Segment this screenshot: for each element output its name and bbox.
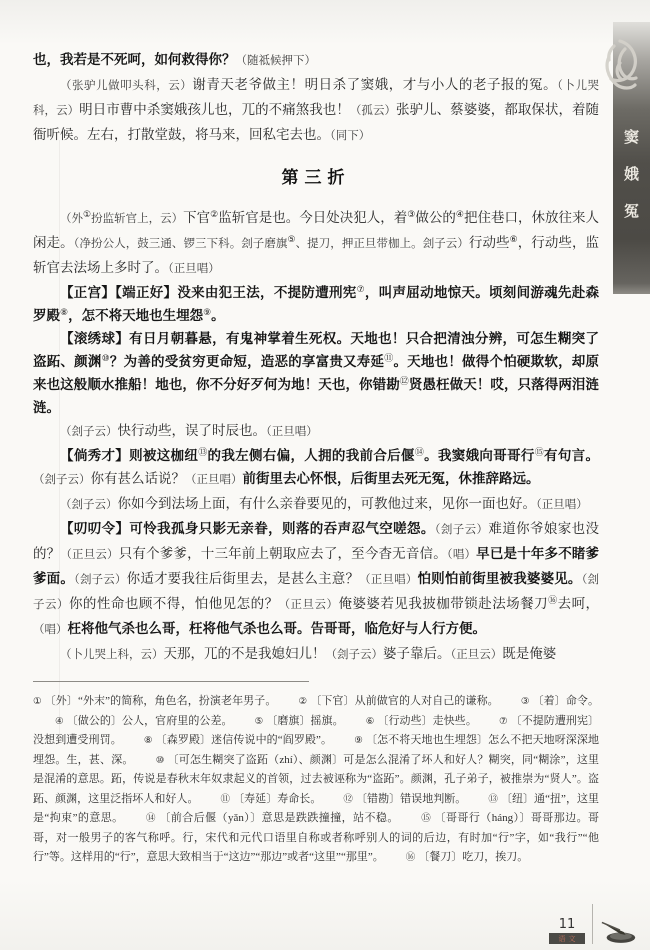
text-segment: 去呵， [558,596,599,611]
paragraph-aria-tangxiucai: 【倘秀才】则被这枷纽⑬的我左侧右偏，人拥的我前合后偃⑭。我窦娥向哥哥行⑮有句言。… [33,444,599,492]
text-segment: （刽子云） [60,499,118,511]
footnote-ref-number: ⑩ [102,354,110,364]
footnote-number: ⑦ [499,716,511,727]
footnote-text: 〔磨旗〕摇旗。 [266,715,343,727]
footnote-ref-number: ⑭ [415,448,424,458]
footnote-number: ⑩ [156,755,168,766]
text-segment: 明日市曹中杀窦娥孩儿也，兀的不痛煞我也！ [79,102,350,117]
margin-book-title: 窦 娥 冤 [613,130,650,220]
margin-title-char: 窦 [624,130,639,146]
text-segment: 有句言。 [544,448,599,463]
footnote-text: 〔森罗殿〕迷信传说中的“阎罗殿”。 [156,734,332,746]
footnote-text: 〔行动些〕走快些。 [377,715,477,727]
footnote-text: 〔餐刀〕吃刀，挨刀。 [418,851,528,863]
footnote-ref-number: ⑨ [203,308,211,318]
footnote-number: ⑭ [146,813,160,824]
text-segment: 监斩官是也。今日处决犯人，着 [218,210,407,225]
book-page: { "page": { "heading": "第三折" }, "margin"… [0,0,650,950]
footnote-ref-number: ① [83,210,91,220]
text-segment: 。我窦娥向哥哥行 [424,448,535,463]
text-segment: （净扮公人，鼓三通、锣三下科。刽子磨旗 [74,238,288,250]
text-segment: 俺婆婆若见我披枷带锁赴法场餐刀 [338,596,548,611]
page-number: 11 [559,918,576,932]
footnote-ref-number: ⑧ [60,308,68,318]
brush-inkstone-icon [600,919,638,944]
footnote-text: 〔做公的〕公人，官府里的公差。 [67,715,233,727]
text-segment: （同下） [330,130,370,142]
text-segment: 。 [211,308,225,323]
footnote-ref-number: ⑤ [287,235,295,245]
paragraph-jianzhan-official: （外①扮监斩官上，云）下官②监斩官是也。今日处决犯人，着③做公的④把住巷口，休放… [33,206,599,281]
text-segment: 【叨叨令】可怜我孤身只影无亲眷，则落的吞声忍气空嗟怨。 [60,521,435,536]
footnote-text: 〔前合后偃（yǎn）〕意思是跌跌撞撞，站不稳。 [159,812,398,824]
text-segment: 只有个爹爹，十三年前上朝取应去了，至今杳无音信。 [119,546,447,561]
paragraph-buer-enters: （卜儿哭上科，云）天那，兀的不是我媳妇儿！（刽子云）婆子靠后。（正旦云）既是俺婆 [33,642,599,667]
phoenix-emblem-icon [594,34,646,108]
text-segment: 【正宫】【端正好】没来由犯王法，不提防遭刑宪 [60,285,357,300]
footnote-number: ⑮ [421,813,435,824]
text-segment: 【倘秀才】则被这枷纽 [60,448,198,463]
text-segment: 快行动些，误了时辰也。 [118,423,267,438]
text-segment: 婆子靠后。 [383,646,451,661]
text-segment: （正旦唱） [185,474,243,486]
footnote-ref-number: ⑦ [357,285,365,295]
footnote-number: ⑪ [220,794,233,805]
text-segment: （孤云） [350,105,396,117]
text-segment: （随祗候押下） [236,55,317,67]
footnote-separator [33,681,309,682]
footnote-number: ⑯ [406,852,419,863]
page-footer: 11 语文 [549,904,638,944]
text-segment: ？为善的受贫穷更命短，造恶的享富贵又寿延 [110,354,384,369]
text-segment: （刽子云） [326,649,384,661]
margin-title-char: 冤 [624,204,639,220]
paragraph-executioner: （刽子云）快行动些，误了时辰也。（正旦唱） [33,419,599,444]
text-segment: 扮监斩官上，云） [91,213,183,225]
footnote-ref-number: ⑥ [510,235,518,245]
footnote-ref-number: ⑫ [400,377,409,387]
margin-title-char: 娥 [624,167,639,183]
text-segment: 行动些 [469,235,510,250]
text-segment: （正旦唱） [266,426,318,438]
text-segment: 你有甚么话说？ [91,471,186,486]
footnote-number: ④ [55,716,67,727]
footnotes-block: ① 〔外〕“外末”的简称，角色名，扮演老年男子。② 〔下官〕从前做官的人对自己的… [33,692,599,868]
footnote-text: 〔错勘〕错误地判断。 [356,793,466,805]
text-segment: 你如今到法场上面，有什么亲眷要见的，可教他过来，见你一面也好。 [118,496,537,511]
footnote-ref-number: ⑯ [548,596,557,606]
text-segment: 怕则怕前街里被我婆婆见。 [418,571,582,586]
text-segment: 既是俺婆 [502,646,556,661]
text-segment: 枉将他气杀也么哥，枉将他气杀也么哥。告哥哥，临危好与人行方便。 [68,621,487,636]
page-number-block: 11 语文 [549,918,585,944]
act-heading: 第三折 [33,166,599,190]
text-segment: ，怎不将天地也生埋怨 [68,308,203,323]
text-segment: 你适才要我往后街里去，是甚么主意？ [127,571,359,586]
text-segment: （唱） [447,549,476,561]
paragraph-aria-duanzhenghao: 【正宫】【端正好】没来由犯王法，不提防遭刑宪⑦，叫声屈动地惊天。顷刻间游魂先赴森… [33,281,599,327]
footnote-ref-number: ④ [456,210,464,220]
footnote-number: ⑫ [343,794,356,805]
text-segment: 你的性命也顾不得，怕他见怎的？ [69,596,279,611]
paragraph-aria-gunxiuqiu: 【滚绣球】有日月朝暮悬，有鬼神掌着生死权。天地也！只合把清浊分辨，可怎生糊突了盗… [33,327,599,419]
text-segment: （正旦唱） [168,263,220,275]
text-segment: （正旦云） [60,549,118,561]
paragraph-executioner-question: （刽子云）你如今到法场上面，有什么亲眷要见的，可教他过来，见你一面也好。（正旦唱… [33,492,599,517]
text-segment: （正旦唱） [536,499,588,511]
footnote-number: ⑬ [488,794,501,805]
text-segment: （正旦云） [279,599,339,611]
text-segment: （正旦唱） [359,574,417,586]
text-segment: （唱） [33,624,68,636]
footnote-number: ① [33,696,45,707]
text-segment: （张驴儿做叩头科，云） [60,80,192,92]
text-segment: 天那，兀的不是我媳妇儿！ [164,646,326,661]
footnote-text: 〔着〕命令。 [533,695,599,707]
text-segment: （正旦云） [451,649,503,661]
footnote-number: ② [298,696,310,707]
footnote-number: ⑧ [144,735,156,746]
paragraph-aria-daodaoling: 【叨叨令】可怜我孤身只影无亲眷，则落的吞声忍气空嗟怨。（刽子云）难道你爷娘家也没… [33,517,599,642]
text-segment: 前街里去心怀恨，后街里去死无冤，休推辞路远。 [243,471,540,486]
footnote-ref-number: ⑬ [198,448,207,458]
footnote-text: 〔下官〕从前做官的人对自己的谦称。 [310,695,499,707]
footnote-text: 〔外〕“外末”的简称，角色名，扮演老年男子。 [45,695,277,707]
text-segment: 、提刀，押正旦带枷上。刽子云） [296,238,469,250]
footnote-ref-number: ⑮ [535,448,544,458]
footnote-text: 〔寿延〕寿命长。 [233,793,321,805]
footnote-number: ③ [521,696,533,707]
paragraph-zhanglver: （张驴儿做叩头科，云）谢青天老爷做主！明日杀了窦娥，才与小人的老子报的冤。（卜儿… [33,73,599,148]
paragraph-carryover: 也，我若是不死呵，如何救得你？（随祗候押下） [33,48,599,73]
text-segment: （刽子云） [33,474,91,486]
text-segment: 做公的 [415,210,456,225]
text-segment: （外 [60,213,83,225]
text-segment: 的我左侧右偏，人拥的我前合后偃 [208,448,415,463]
text-segment: （刽子云） [60,426,118,438]
text-segment: 也，我若是不死呵，如何救得你？ [33,52,236,67]
text-segment: （刽子云） [74,574,127,586]
text-segment: （刽子云） [435,524,489,536]
footnote-number: ⑤ [255,716,267,727]
subject-label: 语文 [549,933,585,944]
footer-divider [592,904,593,944]
text-segment: 下官 [183,210,210,225]
footnote-number: ⑨ [354,735,366,746]
page-content: 也，我若是不死呵，如何救得你？（随祗候押下） （张驴儿做叩头科，云）谢青天老爷做… [33,48,599,868]
text-segment: （卜儿哭上科，云） [60,649,164,661]
footnote-number: ⑥ [366,716,378,727]
text-segment: 谢青天老爷做主！明日杀了窦娥，才与小人的老子报的冤。 [192,77,557,92]
